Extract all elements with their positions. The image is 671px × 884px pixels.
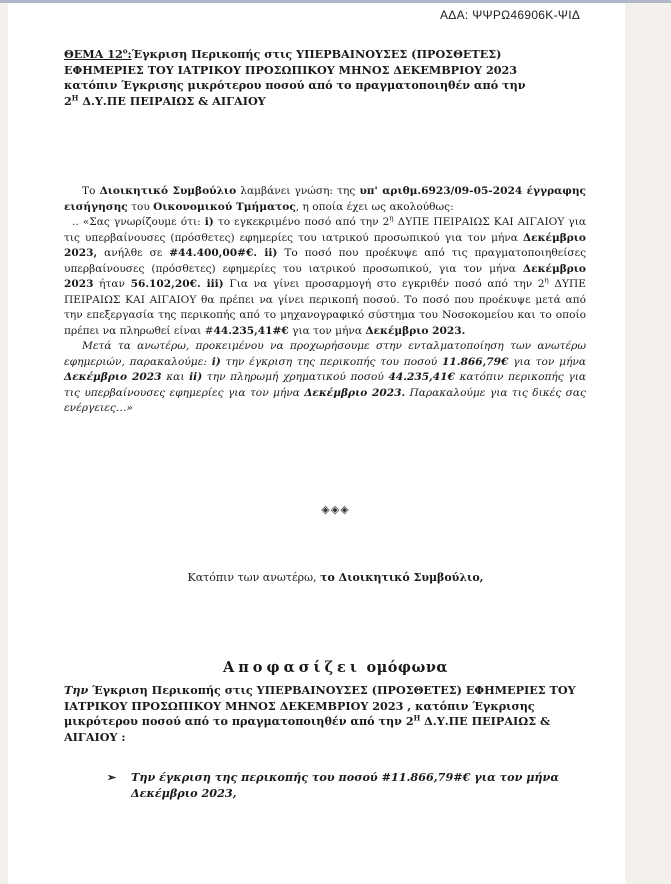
request-paragraph: Μετά τα ανωτέρω, προκειμένου να προχωρήσ… bbox=[64, 339, 586, 417]
subject-line-4: 2Η Δ.Υ.ΠΕ ΠΕΙΡΑΙΩΣ & ΑΙΓΑΙΟΥ bbox=[64, 94, 266, 108]
subject-line-1: Έγκριση Περικοπής στις ΥΠΕΡΒΑΙΝΟΥΣΕΣ (ΠΡ… bbox=[132, 47, 502, 61]
decision-text: Την Έγκριση Περικοπής στις ΥΠΕΡΒΑΙΝΟΥΣΕΣ… bbox=[64, 683, 604, 745]
bullet-text: Την έγκριση της περικοπής του ποσού #11.… bbox=[131, 770, 559, 800]
subject-heading: ΘΕΜΑ 12ο:Έγκριση Περικοπής στις ΥΠΕΡΒΑΙΝ… bbox=[64, 47, 624, 109]
arrowhead-bullet-icon: ➢ bbox=[107, 770, 116, 786]
decision-bullet-item: ➢ Την έγκριση της περικοπής του ποσού #1… bbox=[107, 770, 611, 801]
document-page bbox=[8, 3, 625, 884]
subject-label: ΘΕΜΑ 12ο: bbox=[64, 47, 132, 61]
quoted-recommendation: .. «Σας γνωρίζουμε ότι: i) το εγκεκριμέν… bbox=[64, 215, 586, 339]
ada-code: ΑΔΑ: ΨΨΡΩ46906Κ-ΨΙΔ bbox=[440, 8, 580, 22]
decision-heading: Αποφασίζει ομόφωνα bbox=[0, 659, 671, 676]
consideration-line: Κατόπιν των ανωτέρω, το Διοικητικό Συμβο… bbox=[0, 571, 671, 584]
subject-line-3: κατόπιν Έγκρισης μικρότερου ποσού από το… bbox=[64, 78, 526, 92]
document-body: Το Διοικητικό Συμβούλιο λαμβάνει γνώση: … bbox=[64, 184, 586, 417]
section-ornament-icon: ◈◈◈ bbox=[0, 503, 671, 516]
intro-paragraph: Το Διοικητικό Συμβούλιο λαμβάνει γνώση: … bbox=[64, 184, 586, 215]
subject-line-2: ΕΦΗΜΕΡΙΕΣ ΤΟΥ ΙΑΤΡΙΚΟΥ ΠΡΟΣΩΠΙΚΟΥ ΜΗΝΟΣ … bbox=[64, 63, 517, 77]
